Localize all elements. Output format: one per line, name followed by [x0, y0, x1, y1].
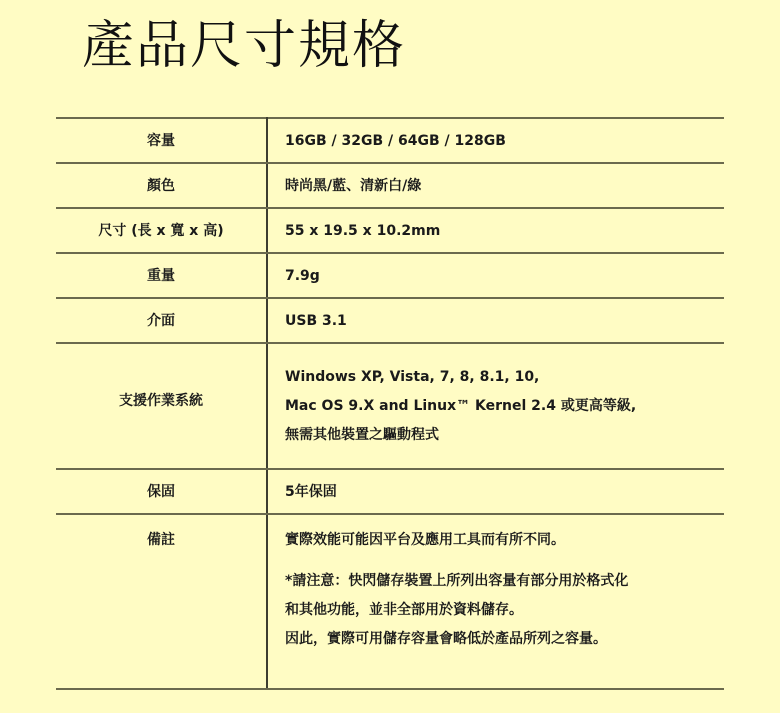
spec-value-color: 時尚黑/藍、清新白/綠: [267, 163, 724, 208]
os-line-no-driver: 無需其他裝置之驅動程式: [285, 421, 724, 450]
spec-row-os: 支援作業系統 Windows XP, Vista, 7, 8, 8.1, 10,…: [56, 343, 724, 469]
spec-value-capacity: 16GB / 32GB / 64GB / 128GB: [267, 118, 724, 163]
spec-label-weight: 重量: [56, 253, 267, 298]
page-title: 產品尺寸規格: [82, 10, 406, 82]
note-capacity-warning: *請注意：快閃儲存裝置上所列出容量有部分用於格式化: [285, 567, 724, 596]
spec-row-color: 顏色 時尚黑/藍、清新白/綠: [56, 163, 724, 208]
spec-row-warranty: 保固 5年保固: [56, 469, 724, 514]
spec-row-interface: 介面 USB 3.1: [56, 298, 724, 343]
spec-label-warranty: 保固: [56, 469, 267, 514]
note-spacer: [285, 550, 724, 567]
spec-value-notes: 實際效能可能因平台及應用工具而有所不同。 *請注意：快閃儲存裝置上所列出容量有部…: [267, 514, 724, 689]
spec-label-dimensions: 尺寸 (長 x 寬 x 高): [56, 208, 267, 253]
os-line-mac-linux: Mac OS 9.X and Linux™ Kernel 2.4 或更高等級,: [285, 392, 724, 421]
spec-value-weight: 7.9g: [267, 253, 724, 298]
note-performance: 實際效能可能因平台及應用工具而有所不同。: [285, 530, 724, 550]
os-line-windows: Windows XP, Vista, 7, 8, 8.1, 10,: [285, 363, 724, 392]
spec-value-warranty: 5年保固: [267, 469, 724, 514]
spec-label-capacity: 容量: [56, 118, 267, 163]
spec-label-interface: 介面: [56, 298, 267, 343]
spec-label-os: 支援作業系統: [56, 343, 267, 469]
spec-value-dimensions: 55 x 19.5 x 10.2mm: [267, 208, 724, 253]
note-capacity-actual: 因此，實際可用儲存容量會略低於產品所列之容量。: [285, 625, 724, 654]
spec-row-notes: 備註 實際效能可能因平台及應用工具而有所不同。 *請注意：快閃儲存裝置上所列出容…: [56, 514, 724, 689]
spec-row-dimensions: 尺寸 (長 x 寬 x 高) 55 x 19.5 x 10.2mm: [56, 208, 724, 253]
spec-value-interface: USB 3.1: [267, 298, 724, 343]
spec-row-capacity: 容量 16GB / 32GB / 64GB / 128GB: [56, 118, 724, 163]
spec-table: 容量 16GB / 32GB / 64GB / 128GB 顏色 時尚黑/藍、清…: [56, 117, 724, 690]
spec-label-notes: 備註: [56, 514, 267, 689]
spec-value-os: Windows XP, Vista, 7, 8, 8.1, 10, Mac OS…: [267, 343, 724, 469]
spec-row-weight: 重量 7.9g: [56, 253, 724, 298]
spec-label-color: 顏色: [56, 163, 267, 208]
note-capacity-other-functions: 和其他功能，並非全部用於資料儲存。: [285, 596, 724, 625]
